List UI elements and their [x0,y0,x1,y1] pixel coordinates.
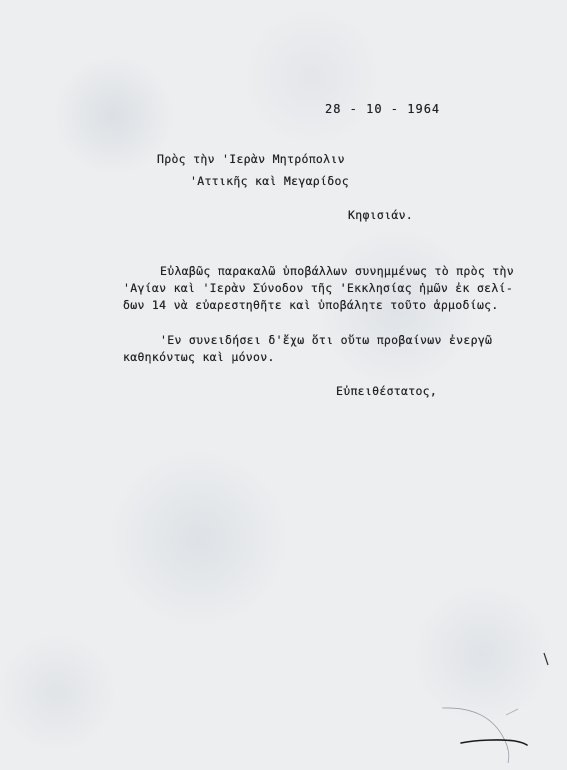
recipient-place: Κηφισιάν. [348,208,413,222]
letter-date: 28 - 10 - 1964 [325,102,440,116]
recipient-line-1: Πρὸς τὴν 'Ιερὰν Μητρόπολιν [157,152,345,166]
signature-stroke [460,736,528,748]
closing-salutation: Εὐπειθέστατος, [336,384,437,398]
body-paragraph-1-line-2: 'Αγίαν καὶ 'Ιερὰν Σύνοδον τῆς 'Εκκλησίας… [123,281,513,295]
body-paragraph-2-line-2: καθηκόντως καὶ μόνον. [123,350,275,364]
body-paragraph-1-line-1: Εὐλαβῶς παρακαλῶ ὑποβάλλων συνημμένως τὸ… [160,264,514,278]
scanned-letter-page: 28 - 10 - 1964 Πρὸς τὴν 'Ιερὰν Μητρόπολι… [0,0,567,770]
body-paragraph-2-line-1: 'Εν συνειδήσει δ'ἔχω ὅτι οὕτω προβαίνων … [160,333,492,347]
body-paragraph-1-line-3: δων 14 νὰ εὐαρεστηθῆτε καὶ ὑποβάλητε τοῦ… [123,298,499,312]
recipient-line-2: 'Αττικῆς καὶ Μεγαρίδος [190,174,349,188]
ink-speck-mark [543,652,549,666]
pencil-stroke-mark [440,705,520,765]
